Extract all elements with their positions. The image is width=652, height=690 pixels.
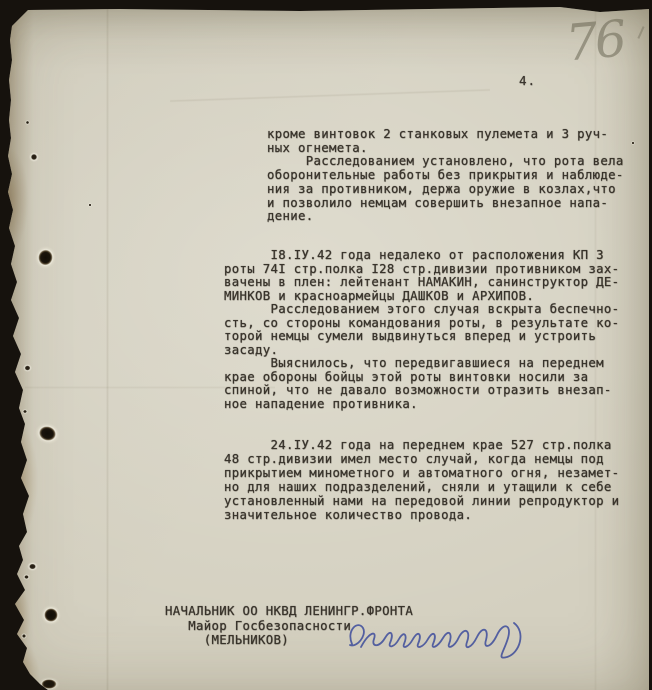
- worm-hole: [34, 245, 58, 271]
- paragraph-24-april-loudspeaker: 24.IУ.42 года на переднем крае 527 стр.п…: [224, 439, 619, 522]
- worm-hole: [88, 203, 92, 207]
- vertical-crease: [106, 0, 109, 690]
- worm-hole: [29, 152, 39, 162]
- worm-hole: [33, 420, 63, 447]
- worm-hole: [25, 120, 30, 125]
- document-scan: 76 4. кроме винтовок 2 станковых пулемет…: [0, 0, 652, 690]
- horizontal-crease: [170, 88, 490, 102]
- page-number: 4.: [519, 73, 536, 88]
- paragraph-18-april-captured: I8.IУ.42 года недалеко от расположения К…: [224, 249, 619, 411]
- pencil-mark: [637, 26, 644, 39]
- signature-ink: [330, 600, 530, 670]
- worm-hole: [22, 409, 28, 414]
- worm-hole: [631, 141, 635, 145]
- torn-edge-burn: [0, 0, 42, 690]
- paper-page: 76 4. кроме винтовок 2 станковых пулемет…: [0, 0, 652, 690]
- worm-hole: [39, 603, 62, 626]
- folio-number-handwritten: 76: [564, 10, 626, 73]
- worm-hole: [38, 677, 60, 690]
- paragraph-flamethrowers: кроме винтовок 2 станковых пулемета и 3 …: [267, 128, 624, 224]
- worm-hole: [21, 633, 27, 639]
- worm-hole: [27, 562, 38, 571]
- worm-hole: [23, 364, 32, 372]
- worm-hole: [23, 574, 30, 580]
